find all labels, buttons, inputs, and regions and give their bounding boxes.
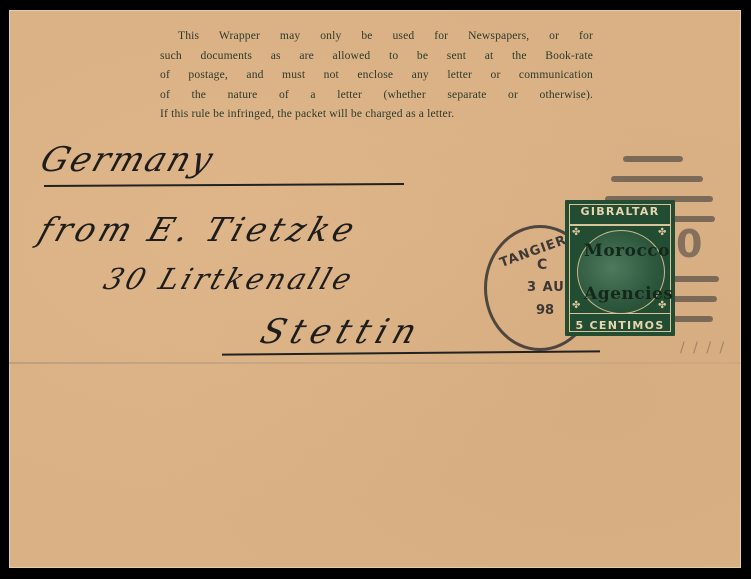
duplex-number: 0	[676, 222, 702, 266]
cds-year: 98	[536, 303, 554, 318]
notice-line: This Wrapper may only be used for Newspa…	[160, 26, 593, 46]
cds-code: C	[537, 257, 547, 273]
paper-marks: / / / /	[680, 340, 726, 356]
stamp-overprint-line-1: Morocco	[584, 241, 670, 261]
handwritten-street-line: 30 Lirtkenalle	[99, 262, 359, 296]
cds-date: 3 AU	[527, 280, 565, 295]
ornament-icon: ✤	[572, 301, 582, 311]
printed-stamp: GIBRALTAR ✤ ✤ ✤ ✤ 5 CENTIMOS	[565, 200, 675, 336]
notice-line: of the nature of a letter (whether separ…	[160, 85, 593, 105]
notice-line: such documents as are allowed to be sent…	[160, 46, 593, 66]
ornament-icon: ✤	[658, 228, 668, 238]
handwritten-city: Stettin	[256, 312, 428, 352]
fold-crease	[9, 362, 741, 364]
stamp-divider	[569, 313, 671, 315]
printed-notice: This Wrapper may only be used for Newspa…	[160, 26, 593, 124]
stamp-country: GIBRALTAR	[565, 205, 675, 218]
ornament-icon: ✤	[572, 228, 582, 238]
notice-line: of postage, and must not enclose any let…	[160, 65, 593, 85]
handwritten-destination-country: Germany	[36, 140, 220, 180]
notice-line: If this rule be infringed, the packet wi…	[160, 104, 593, 124]
stamp-overprint-line-2: Agencies	[584, 284, 673, 304]
handwritten-sender-line: from E. Tietzke	[34, 210, 364, 249]
stamp-denomination: 5 CENTIMOS	[565, 319, 675, 332]
stamp-divider	[569, 224, 671, 226]
